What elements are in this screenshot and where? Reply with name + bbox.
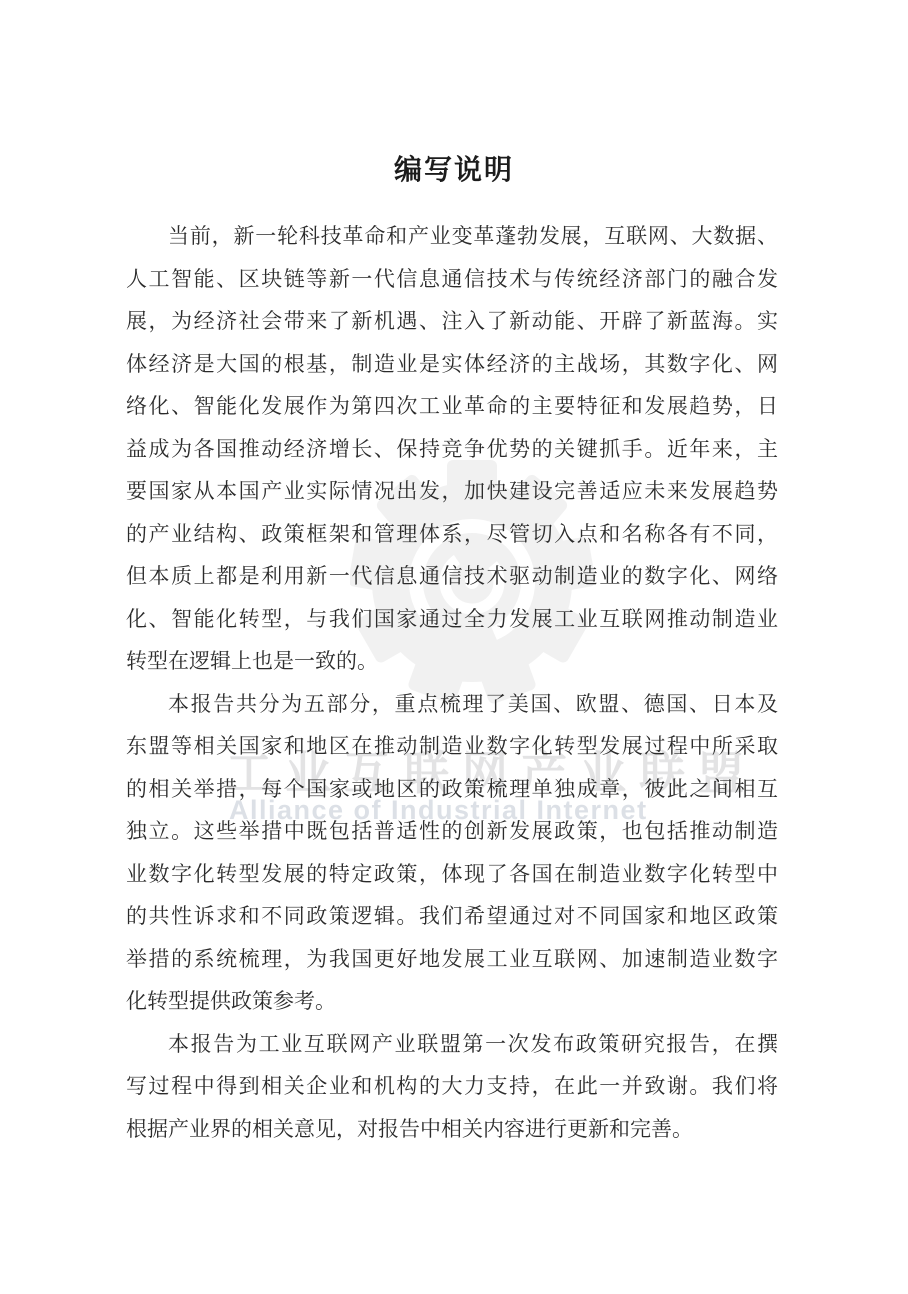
- text-line: 的相关举措，每个国家或地区的政策梳理单独成章，彼此之间相互: [126, 768, 778, 811]
- text-line: 写过程中得到相关企业和机构的大力支持，在此一并致谢。我们将: [126, 1065, 778, 1108]
- text-line: 东盟等相关国家和地区在推动制造业数字化转型发展过程中所采取: [126, 725, 778, 768]
- document-body: 当前，新一轮科技革命和产业变革蓬勃发展，互联网、大数据、 人工智能、区块链等新一…: [126, 215, 778, 1150]
- text-line: 络化、智能化发展作为第四次工业革命的主要特征和发展趋势，日: [126, 385, 778, 428]
- text-line: 人工智能、区块链等新一代信息通信技术与传统经济部门的融合发: [126, 258, 778, 301]
- text-line: 体经济是大国的根基，制造业是实体经济的主战场，其数字化、网: [126, 343, 778, 386]
- text-line: 化转型提供政策参考。: [126, 980, 778, 1023]
- text-line: 本报告为工业互联网产业联盟第一次发布政策研究报告，在撰: [126, 1023, 778, 1066]
- text-line: 举措的系统梳理，为我国更好地发展工业互联网、加速制造业数字: [126, 938, 778, 981]
- text-line: 的共性诉求和不同政策逻辑。我们希望通过对不同国家和地区政策: [126, 895, 778, 938]
- document-page: 工业互联网产业联盟 Alliance of Industrial Interne…: [0, 0, 908, 1294]
- text-line: 要国家从本国产业实际情况出发，加快建设完善适应未来发展趋势: [126, 470, 778, 513]
- text-line: 当前，新一轮科技革命和产业变革蓬勃发展，互联网、大数据、: [126, 215, 778, 258]
- text-line: 根据产业界的相关意见，对报告中相关内容进行更新和完善。: [126, 1108, 778, 1151]
- paragraph-2: 本报告共分为五部分，重点梳理了美国、欧盟、德国、日本及 东盟等相关国家和地区在推…: [126, 683, 778, 1023]
- text-line: 独立。这些举措中既包括普适性的创新发展政策，也包括推动制造: [126, 810, 778, 853]
- text-line: 益成为各国推动经济增长、保持竞争优势的关键抓手。近年来，主: [126, 428, 778, 471]
- paragraph-1: 当前，新一轮科技革命和产业变革蓬勃发展，互联网、大数据、 人工智能、区块链等新一…: [126, 215, 778, 683]
- text-line: 展，为经济社会带来了新机遇、注入了新动能、开辟了新蓝海。实: [126, 300, 778, 343]
- text-line: 化、智能化转型，与我们国家通过全力发展工业互联网推动制造业: [126, 598, 778, 641]
- paragraph-3: 本报告为工业互联网产业联盟第一次发布政策研究报告，在撰 写过程中得到相关企业和机…: [126, 1023, 778, 1151]
- text-line: 本报告共分为五部分，重点梳理了美国、欧盟、德国、日本及: [126, 683, 778, 726]
- text-line: 的产业结构、政策框架和管理体系，尽管切入点和名称各有不同，: [126, 513, 778, 556]
- text-line: 业数字化转型发展的特定政策，体现了各国在制造业数字化转型中: [126, 853, 778, 896]
- text-line: 但本质上都是利用新一代信息通信技术驱动制造业的数字化、网络: [126, 555, 778, 598]
- page-title: 编写说明: [0, 148, 908, 188]
- text-line: 转型在逻辑上也是一致的。: [126, 640, 778, 683]
